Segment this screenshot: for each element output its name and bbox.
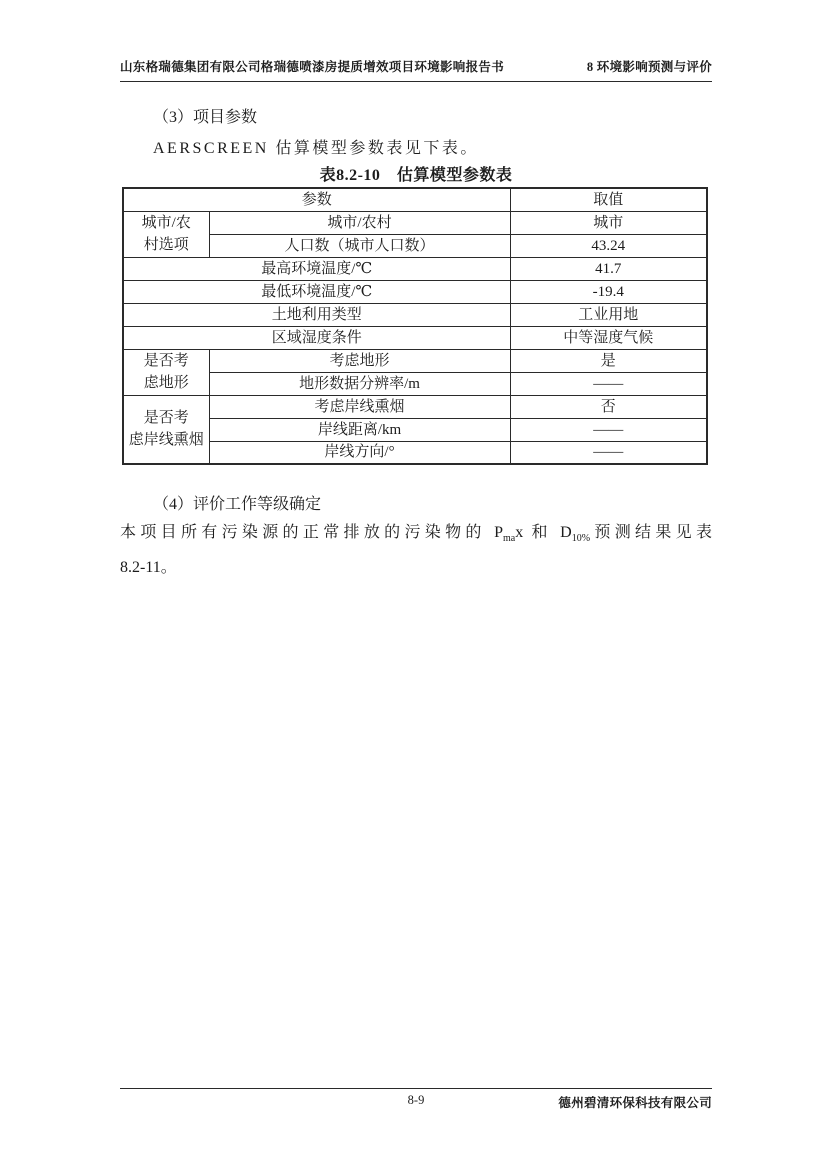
param-cell: 考虑岸线熏烟 (209, 395, 510, 418)
param-cell: 考虑地形 (209, 349, 510, 372)
table-row: 土地利用类型 工业用地 (123, 303, 707, 326)
table-row: 城市/农 村选项 城市/农村 城市 (123, 211, 707, 234)
document-page: 山东格瑞德集团有限公司格瑞德喷漆房提质增效项目环境影响报告书 8 环境影响预测与… (0, 0, 827, 1169)
running-header: 山东格瑞德集团有限公司格瑞德喷漆房提质增效项目环境影响报告书 8 环境影响预测与… (120, 57, 712, 82)
table-row: 最高环境温度/℃ 41.7 (123, 257, 707, 280)
parameter-table: 参数 取值 城市/农 村选项 城市/农村 城市 人口数（城市人口数） 43.24… (122, 187, 708, 465)
table-row: 岸线距离/km —— (123, 418, 707, 441)
table-row: 最低环境温度/℃ -19.4 (123, 280, 707, 303)
table-row: 是否考 虑地形 考虑地形 是 (123, 349, 707, 372)
param-cell: 岸线距离/km (209, 418, 510, 441)
header-report-title: 山东格瑞德集团有限公司格瑞德喷漆房提质增效项目环境影响报告书 (120, 57, 504, 75)
value-cell: 43.24 (510, 234, 707, 257)
param-cell: 最高环境温度/℃ (123, 257, 510, 280)
running-footer: 8-9 德州碧清环保科技有限公司 (120, 1088, 712, 1114)
section3-heading: （3）项目参数 (120, 107, 712, 129)
table-caption: 表8.2-10 估算模型参数表 (120, 162, 712, 185)
para-text: 预测结果见表 (590, 524, 712, 541)
param-cell: 城市/农村 (209, 211, 510, 234)
results-paragraph: 本项目所有污染源的正常排放的污染物的 Pmax 和 D10%预测结果见表 8.2… (120, 518, 712, 583)
param-cell: 地形数据分辨率/m (209, 372, 510, 395)
value-cell: 否 (510, 395, 707, 418)
value-cell: 城市 (510, 211, 707, 234)
table-row: 区域湿度条件 中等湿度气候 (123, 326, 707, 349)
param-cell: 区域湿度条件 (123, 326, 510, 349)
d10-subscript: 10% (572, 533, 590, 544)
table-row: 地形数据分辨率/m —— (123, 372, 707, 395)
value-cell: —— (510, 372, 707, 395)
value-cell: 工业用地 (510, 303, 707, 326)
value-cell: —— (510, 441, 707, 464)
results-paragraph-line1: 本项目所有污染源的正常排放的污染物的 Pmax 和 D10%预测结果见表 (120, 518, 712, 548)
value-cell: 41.7 (510, 257, 707, 280)
value-cell: 是 (510, 349, 707, 372)
column-header-param: 参数 (123, 188, 510, 211)
param-cell: 土地利用类型 (123, 303, 510, 326)
header-chapter-label: 8 环境影响预测与评价 (587, 57, 712, 75)
section4-heading: （4）评价工作等级确定 (120, 494, 712, 516)
param-cell: 人口数（城市人口数） (209, 234, 510, 257)
value-cell: -19.4 (510, 280, 707, 303)
value-cell: —— (510, 418, 707, 441)
group-cell-urban-rural: 城市/农 村选项 (123, 211, 209, 257)
results-paragraph-line2: 8.2-11。 (120, 553, 712, 583)
table-row: 人口数（城市人口数） 43.24 (123, 234, 707, 257)
value-cell: 中等湿度气候 (510, 326, 707, 349)
group-cell-fumigation: 是否考 虑岸线熏烟 (123, 395, 209, 464)
column-header-value: 取值 (510, 188, 707, 211)
group-cell-terrain: 是否考 虑地形 (123, 349, 209, 395)
param-cell: 最低环境温度/℃ (123, 280, 510, 303)
p-max-subscript: ma (503, 533, 515, 544)
intro-text: AERSCREEN 估算模型参数表见下表。 (120, 138, 712, 160)
table-row: 岸线方向/° —— (123, 441, 707, 464)
para-text: 本项目所有污染源的正常排放的污染物的 P (120, 524, 503, 541)
para-text: x 和 D (515, 524, 572, 541)
param-cell: 岸线方向/° (209, 441, 510, 464)
table-row: 是否考 虑岸线熏烟 考虑岸线熏烟 否 (123, 395, 707, 418)
table-header-row: 参数 取值 (123, 188, 707, 211)
footer-company-name: 德州碧清环保科技有限公司 (558, 1093, 712, 1111)
